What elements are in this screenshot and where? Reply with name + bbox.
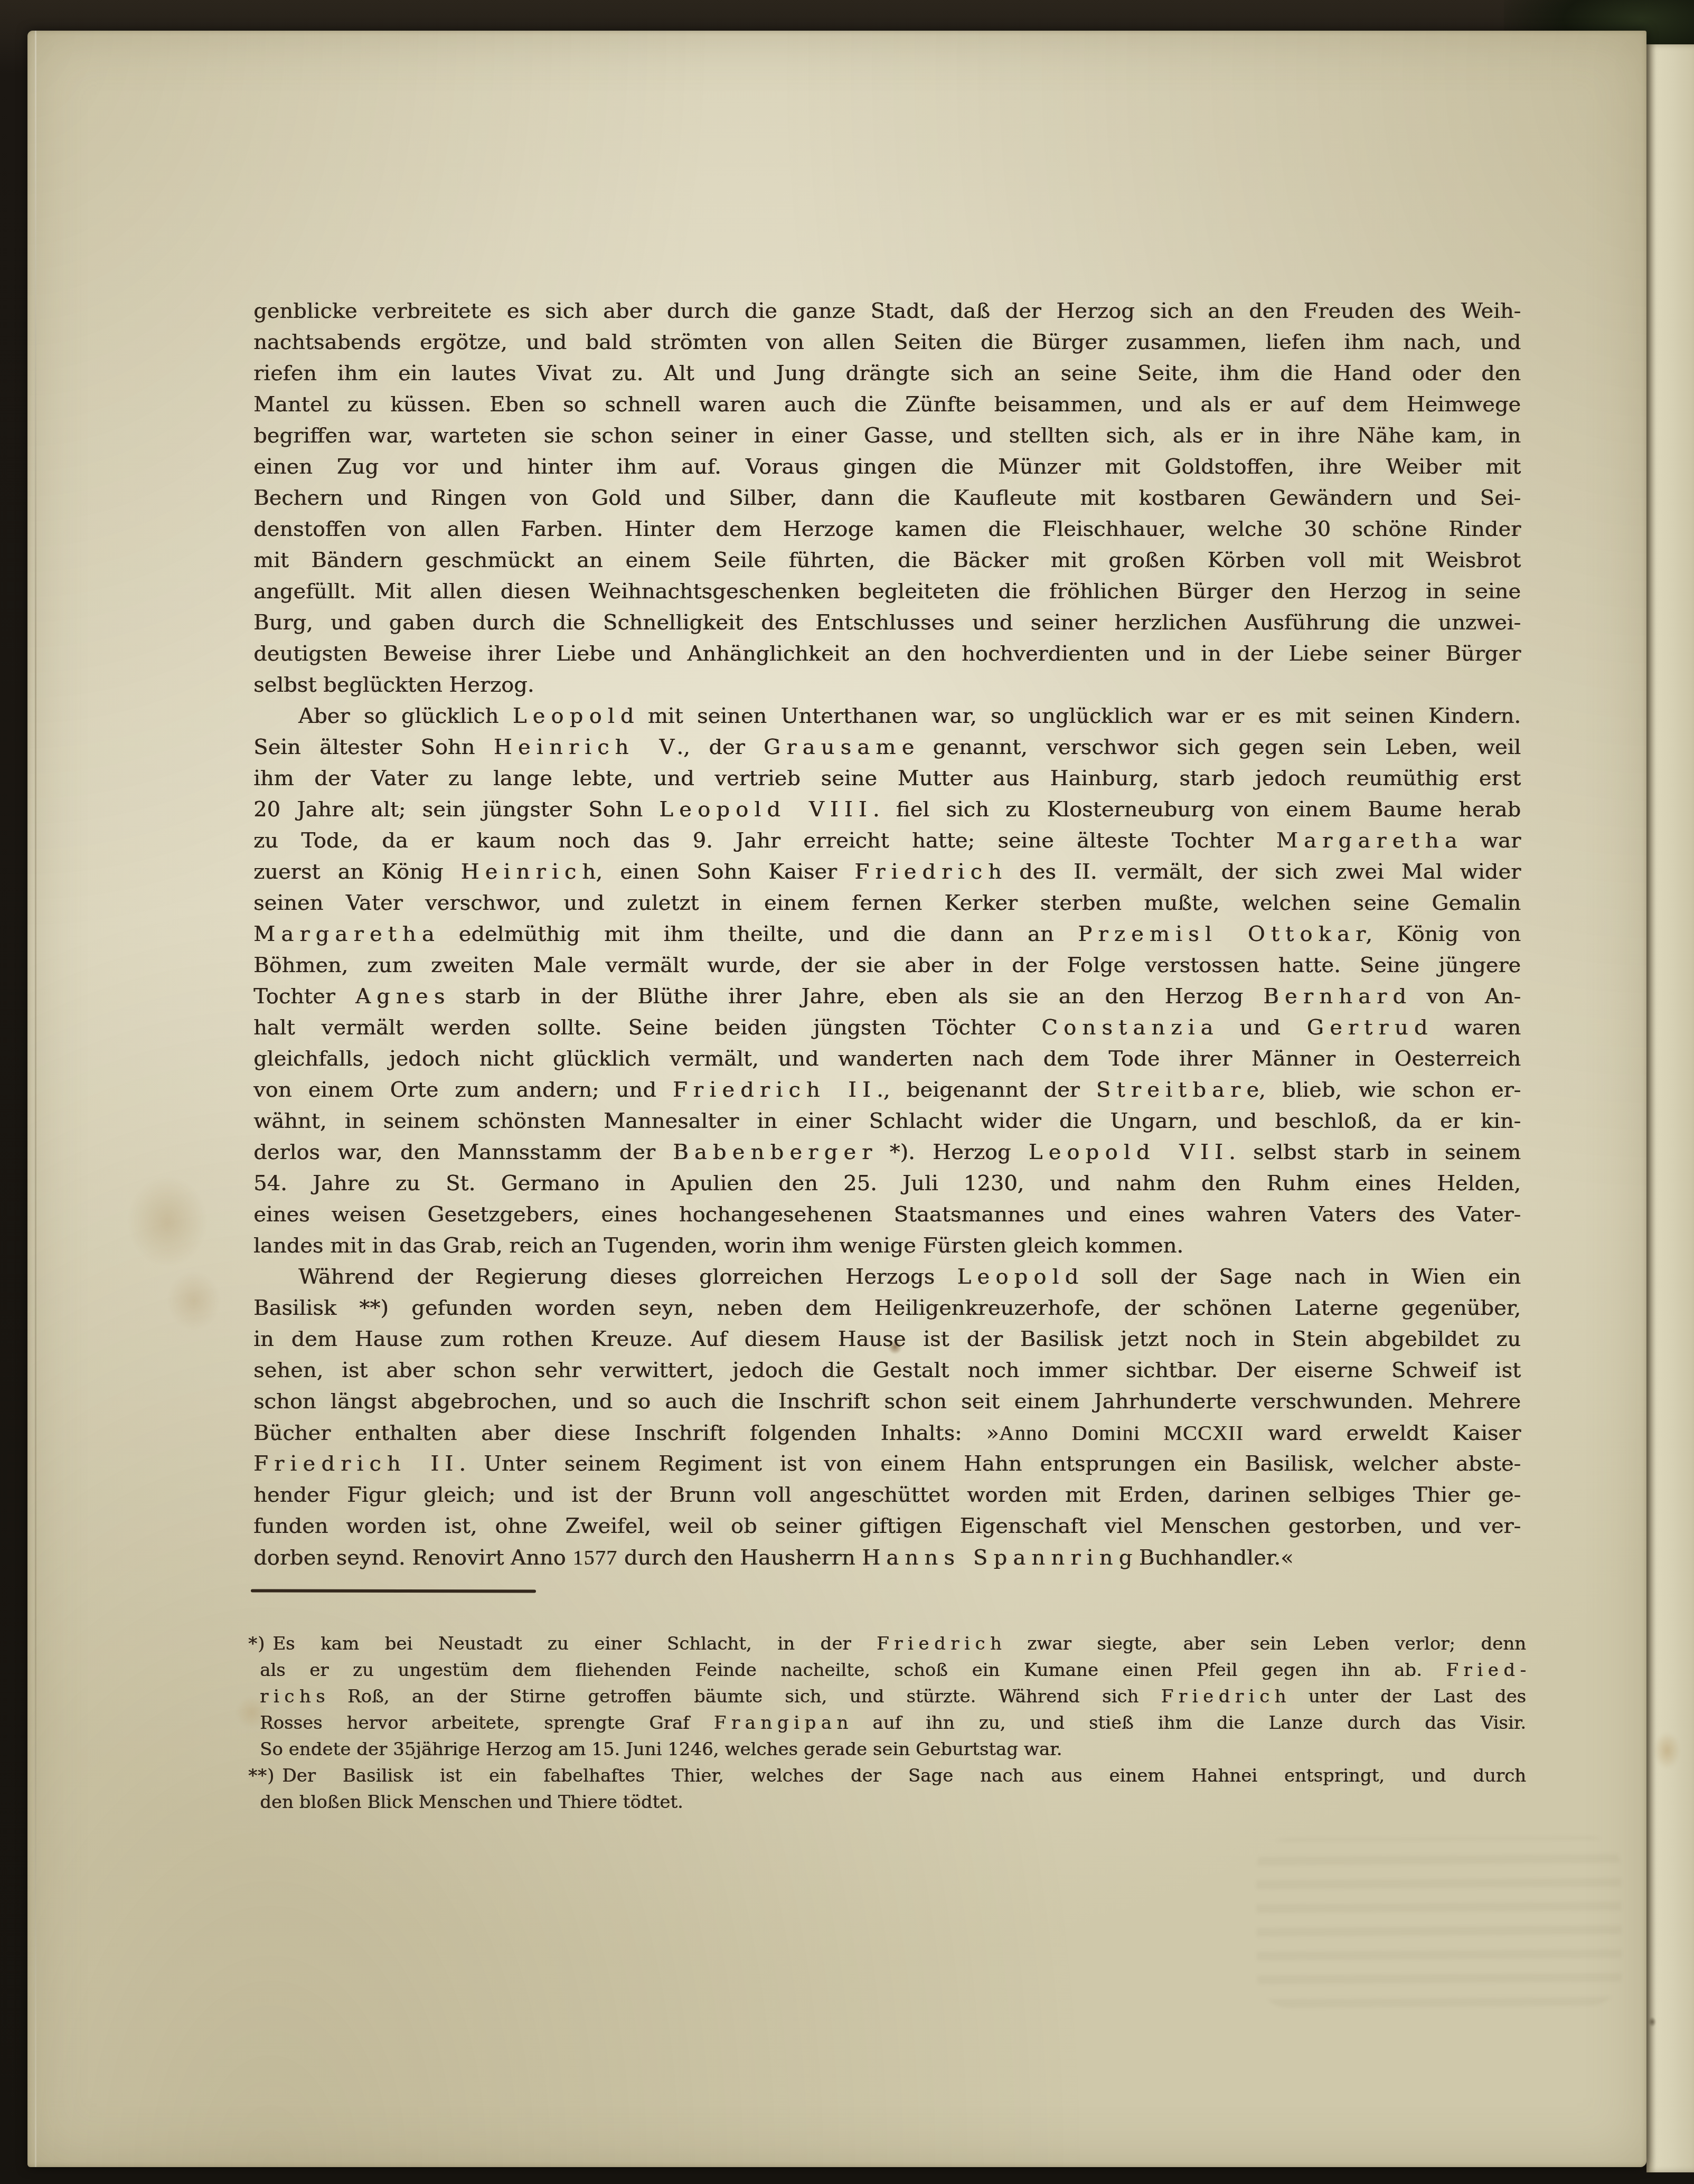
text-run: Mantel zu küssen. Eben so schnell waren … xyxy=(253,392,1521,417)
text-run: nachtsabends ergötze, und bald strömten … xyxy=(253,330,1521,354)
text-run: halt vermält werden sollte. Seine beiden… xyxy=(253,1015,1041,1040)
paragraph: Aber so glücklich Leopold mit seinen Unt… xyxy=(253,701,1521,1262)
text-run: Bücher enthalten aber diese Inschrift fo… xyxy=(253,1421,999,1445)
text-run: , beigenannt der xyxy=(883,1078,1096,1102)
spaced-name: Gertrud xyxy=(1307,1015,1434,1040)
text-run: begriffen war, warteten sie schon seiner… xyxy=(253,423,1521,448)
text-run: von einem Orte zum andern; und xyxy=(253,1078,673,1102)
text-run: als er zu ungestüm dem fliehenden Feinde… xyxy=(260,1660,1446,1681)
spaced-name: Fried- xyxy=(1446,1660,1531,1681)
text-line: Tochter Agnes starb in der Blüthe ihrer … xyxy=(253,981,1521,1012)
text-run: starb in der Blüthe ihrer Jahre, eben al… xyxy=(445,984,1263,1009)
text-run: Bechern und Ringen von Gold und Silber, … xyxy=(253,486,1521,510)
text-run: *). Herzog xyxy=(872,1140,1028,1164)
spaced-name: Friedrich xyxy=(877,1633,1006,1654)
text-run: einen Zug vor und hinter ihm auf. Voraus… xyxy=(253,455,1521,479)
text-line: seinen Vater verschwor, und zuletzt in e… xyxy=(253,888,1521,919)
text-run: Böhmen, zum zweiten Male vermält wurde, … xyxy=(253,953,1521,977)
text-line: dorben seynd. Renovirt Anno 1577 durch d… xyxy=(253,1542,1521,1573)
spaced-name: Grausame xyxy=(764,735,920,759)
text-run: zu Tode, da er kaum noch das 9. Jahr err… xyxy=(253,829,1276,853)
text-run: 54. Jahre zu St. Germano in Apulien den … xyxy=(253,1171,1521,1195)
text-line: zu Tode, da er kaum noch das 9. Jahr err… xyxy=(253,825,1521,856)
text-line: hender Figur gleich; und ist der Brunn v… xyxy=(253,1480,1521,1511)
text-run: sehen, ist aber schon sehr verwittert, j… xyxy=(253,1358,1521,1382)
text-run: funden worden ist, ohne Zweifel, weil ob… xyxy=(253,1514,1521,1538)
antiqua-run: 1577 xyxy=(572,1546,617,1569)
text-line: Böhmen, zum zweiten Male vermält wurde, … xyxy=(253,950,1521,981)
text-run: denstoffen von allen Farben. Hinter dem … xyxy=(253,517,1521,541)
stain xyxy=(167,1272,220,1330)
spaced-name: Margaretha xyxy=(1276,829,1463,853)
text-run: in dem Hause zum rothen Kreuze. Auf dies… xyxy=(253,1327,1521,1351)
paragraph: Während der Regierung dieses glorreichen… xyxy=(253,1262,1521,1573)
spaced-name: Heinrich V. xyxy=(494,735,689,759)
text-line: **)Der Basilisk ist ein fabelhaftes Thie… xyxy=(260,1763,1526,1789)
text-line: Mantel zu küssen. Eben so schnell waren … xyxy=(253,389,1521,420)
footnote: *)Es kam bei Neustadt zu einer Schlacht,… xyxy=(248,1631,1526,1763)
text-run: soll der Sage nach in Wien ein xyxy=(1078,1265,1521,1289)
text-run: Sein ältester Sohn xyxy=(253,735,494,759)
text-line: Friedrich II. Unter seinem Regiment ist … xyxy=(253,1448,1521,1480)
text-line: denstoffen von allen Farben. Hinter dem … xyxy=(253,514,1521,545)
text-line: Burg, und gaben durch die Schnelligkeit … xyxy=(253,607,1521,638)
spaced-name: Babenberger xyxy=(673,1140,878,1164)
text-run: Aber so glücklich xyxy=(298,704,513,728)
text-line: Sein ältester Sohn Heinrich V., der Grau… xyxy=(253,732,1521,763)
text-run: waren xyxy=(1427,1015,1521,1040)
text-line: schon längst abgebrochen, und so auch di… xyxy=(253,1386,1521,1417)
spaced-name: Bernhard xyxy=(1263,984,1412,1009)
text-run: Rosses hervor arbeitete, sprengte Graf xyxy=(260,1712,714,1734)
text-line: Bücher enthalten aber diese Inschrift fo… xyxy=(253,1417,1521,1448)
text-run: 20 Jahre alt; sein jüngster Sohn xyxy=(253,797,659,822)
text-run: ihm der Vater zu lange lebte, und vertri… xyxy=(253,766,1521,790)
text-run: durch den Hausherrn xyxy=(617,1546,862,1570)
text-run: den bloßen Blick Menschen und Thiere töd… xyxy=(260,1792,683,1813)
text-run: angefüllt. Mit allen diesen Weihnachtsge… xyxy=(253,579,1521,604)
text-line: nachtsabends ergötze, und bald strömten … xyxy=(253,327,1521,358)
gutter-crease xyxy=(35,31,36,2167)
body-text-block: genblicke verbreitete es sich aber durch… xyxy=(253,296,1521,1573)
text-run: schon längst abgebrochen, und so auch di… xyxy=(253,1389,1521,1414)
footnote-marker: *) xyxy=(248,1633,272,1654)
text-run: Während der Regierung dieses glorreichen… xyxy=(298,1265,957,1289)
text-run: selbst starb in seinem xyxy=(1236,1140,1521,1164)
text-run: selbst beglückten Herzog. xyxy=(253,673,534,697)
text-line: wähnt, in seinem schönsten Mannesalter i… xyxy=(253,1106,1521,1137)
footnote-separator xyxy=(251,1589,536,1593)
text-run: unter der Last des xyxy=(1286,1686,1526,1707)
text-run: von An- xyxy=(1406,984,1521,1009)
text-run: deutigsten Beweise ihrer Liebe und Anhän… xyxy=(253,642,1521,666)
text-run: des II. vermält, der sich zwei Mal wider xyxy=(1002,860,1521,884)
text-run: zuerst an König xyxy=(253,860,461,884)
text-line: genblicke verbreitete es sich aber durch… xyxy=(253,296,1521,327)
text-line: Aber so glücklich Leopold mit seinen Unt… xyxy=(253,701,1521,732)
text-line: Basilisk **) gefunden worden seyn, neben… xyxy=(253,1293,1521,1324)
text-run: zwar siegte, aber sein Leben verlor; den… xyxy=(1002,1633,1526,1654)
text-line: richs Roß, an der Stirne getroffen bäumt… xyxy=(260,1683,1526,1710)
stain xyxy=(1654,1732,1680,1769)
text-line: mit Bändern geschmückt an einem Seile fü… xyxy=(253,545,1521,576)
stain xyxy=(1649,2017,1656,2027)
spaced-name: Friedrich xyxy=(854,860,1008,884)
paragraph: genblicke verbreitete es sich aber durch… xyxy=(253,296,1521,701)
antiqua-run: Anno Domini MCCXII xyxy=(999,1421,1244,1445)
text-line: funden worden ist, ohne Zweifel, weil ob… xyxy=(253,1511,1521,1542)
spaced-name: Constanzia xyxy=(1041,1015,1219,1040)
spaced-name: Friedrich II. xyxy=(253,1452,472,1476)
footnote: **)Der Basilisk ist ein fabelhaftes Thie… xyxy=(248,1763,1526,1815)
spaced-name: Przemisl Ottokar xyxy=(1078,922,1371,946)
text-line: halt vermält werden sollte. Seine beiden… xyxy=(253,1012,1521,1043)
text-run: Unter seinem Regiment ist von einem Hahn… xyxy=(466,1452,1521,1476)
spaced-name: Friedrich II. xyxy=(673,1078,889,1102)
text-run: , blieb, wie schon er- xyxy=(1259,1078,1521,1102)
text-line: eines weisen Gesetzgebers, eines hochang… xyxy=(253,1199,1521,1230)
spaced-name: Streitbare xyxy=(1096,1078,1265,1102)
text-run: Der Basilisk ist ein fabelhaftes Thier, … xyxy=(282,1765,1526,1786)
text-line: So endete der 35jährige Herzog am 15. Ju… xyxy=(260,1736,1526,1763)
text-run: genblicke verbreitete es sich aber durch… xyxy=(253,299,1521,323)
text-run: auf ihn zu, und stieß ihm die Lanze durc… xyxy=(848,1712,1526,1734)
text-run: eines weisen Gesetzgebers, eines hochang… xyxy=(253,1202,1521,1227)
spaced-name: Leopold xyxy=(957,1265,1085,1289)
text-line: ihm der Vater zu lange lebte, und vertri… xyxy=(253,763,1521,794)
text-line: landes mit in das Grab, reich an Tugende… xyxy=(253,1230,1521,1262)
text-run: riefen ihm ein lautes Vivat zu. Alt und … xyxy=(253,361,1521,385)
text-run: landes mit in das Grab, reich an Tugende… xyxy=(253,1234,1183,1258)
text-run: Burg, und gaben durch die Schnelligkeit … xyxy=(253,610,1521,635)
text-line: selbst beglückten Herzog. xyxy=(253,670,1521,701)
stain xyxy=(128,1176,207,1266)
showthrough-text xyxy=(1256,1837,1622,2008)
spaced-name: Hanns Spannring xyxy=(862,1546,1138,1570)
text-line: 54. Jahre zu St. Germano in Apulien den … xyxy=(253,1168,1521,1199)
footnote-marker: **) xyxy=(248,1765,282,1786)
page-edge-strip xyxy=(1646,44,1694,2172)
spaced-name: Leopold VIII. xyxy=(659,797,885,822)
spaced-name: Agnes xyxy=(355,984,450,1009)
text-line: den bloßen Blick Menschen und Thiere töd… xyxy=(260,1789,1526,1815)
text-line: 20 Jahre alt; sein jüngster Sohn Leopold… xyxy=(253,794,1521,825)
text-line: von einem Orte zum andern; und Friedrich… xyxy=(253,1075,1521,1106)
text-run: und xyxy=(1213,1015,1306,1040)
text-run: derlos war, den Mannsstamm der xyxy=(253,1140,673,1164)
spaced-name: Leopold xyxy=(513,704,640,728)
text-run: wähnt, in seinem schönsten Mannesalter i… xyxy=(253,1109,1521,1133)
text-run: dorben seynd. Renovirt Anno xyxy=(253,1546,572,1570)
text-line: riefen ihm ein lautes Vivat zu. Alt und … xyxy=(253,358,1521,389)
text-line: zuerst an König Heinrich, einen Sohn Kai… xyxy=(253,856,1521,888)
text-line: gleichfalls, jedoch nicht glücklich verm… xyxy=(253,1043,1521,1075)
spaced-name: Frangipan xyxy=(714,1712,853,1734)
footnotes-block: *)Es kam bei Neustadt zu einer Schlacht,… xyxy=(248,1631,1526,1815)
scan-page: genblicke verbreitete es sich aber durch… xyxy=(27,31,1646,2167)
text-run: Basilisk **) gefunden worden seyn, neben… xyxy=(253,1296,1521,1320)
text-line: in dem Hause zum rothen Kreuze. Auf dies… xyxy=(253,1324,1521,1355)
text-run: seinen Vater verschwor, und zuletzt in e… xyxy=(253,891,1521,915)
text-run: hender Figur gleich; und ist der Brunn v… xyxy=(253,1483,1521,1507)
text-run: , König von xyxy=(1366,922,1521,946)
text-line: angefüllt. Mit allen diesen Weihnachtsge… xyxy=(253,576,1521,607)
text-line: Margaretha edelmüthig mit ihm theilte, u… xyxy=(253,919,1521,950)
spaced-name: Heinrich xyxy=(461,860,602,884)
text-run: genannt, verschwor sich gegen sein Leben… xyxy=(914,735,1521,759)
text-run: war xyxy=(1457,829,1521,853)
text-run: So endete der 35jährige Herzog am 15. Ju… xyxy=(260,1739,1062,1760)
text-run: Es kam bei Neustadt zu einer Schlacht, i… xyxy=(272,1633,877,1654)
text-line: sehen, ist aber schon sehr verwittert, j… xyxy=(253,1355,1521,1386)
text-line: Bechern und Ringen von Gold und Silber, … xyxy=(253,483,1521,514)
text-run: Roß, an der Stirne getroffen bäumte sich… xyxy=(325,1686,1161,1707)
text-run: mit seinen Unterthanen war, so unglückli… xyxy=(634,704,1521,728)
text-run: edelmüthig mit ihm theilte, und die dann… xyxy=(435,922,1078,946)
text-run: , einen Sohn Kaiser xyxy=(596,860,854,884)
spaced-name: Margaretha xyxy=(253,922,440,946)
spaced-name: Leopold VII. xyxy=(1029,1140,1241,1164)
text-run: ward erweldt Kaiser xyxy=(1244,1421,1521,1445)
text-line: deutigsten Beweise ihrer Liebe und Anhän… xyxy=(253,638,1521,670)
text-line: Während der Regierung dieses glorreichen… xyxy=(253,1262,1521,1293)
text-run: , der xyxy=(683,735,764,759)
text-line: einen Zug vor und hinter ihm auf. Voraus… xyxy=(253,451,1521,483)
text-run: Buchhandler.« xyxy=(1132,1546,1293,1570)
text-run: mit Bändern geschmückt an einem Seile fü… xyxy=(253,548,1521,572)
spaced-name: richs xyxy=(260,1686,330,1707)
book-page-scan: genblicke verbreitete es sich aber durch… xyxy=(0,0,1694,2184)
text-run: Tochter xyxy=(253,984,355,1009)
text-line: derlos war, den Mannsstamm der Babenberg… xyxy=(253,1137,1521,1168)
text-line: *)Es kam bei Neustadt zu einer Schlacht,… xyxy=(260,1631,1526,1657)
text-line: als er zu ungestüm dem fliehenden Feinde… xyxy=(260,1657,1526,1683)
text-line: begriffen war, warteten sie schon seiner… xyxy=(253,420,1521,451)
text-run: fiel sich zu Klosterneuburg von einem Ba… xyxy=(879,797,1521,822)
text-run: gleichfalls, jedoch nicht glücklich verm… xyxy=(253,1047,1521,1071)
text-line: Rosses hervor arbeitete, sprengte Graf F… xyxy=(260,1710,1526,1736)
spaced-name: Friedrich xyxy=(1161,1686,1291,1707)
